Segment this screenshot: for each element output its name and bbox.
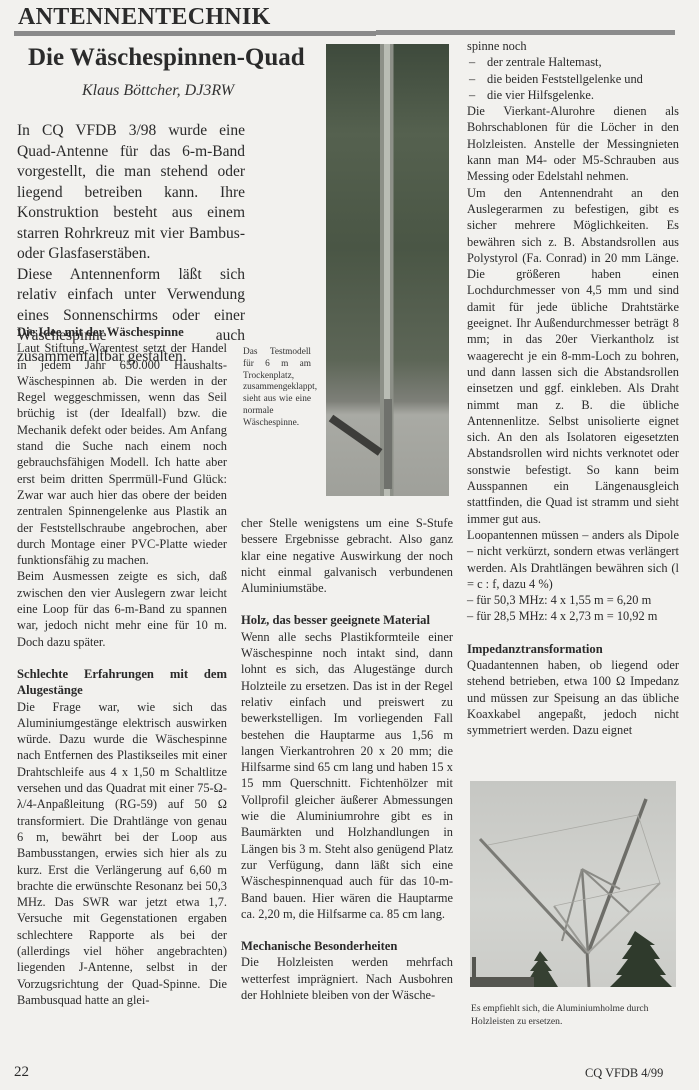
- section-title: ANTENNENTECHNIK: [18, 4, 271, 31]
- paragraph: Die Vierkant-Alurohre dienen als Bohrsch…: [467, 103, 679, 184]
- paragraph: Beim Ausmessen zeigte es sich, daß zwisc…: [17, 568, 227, 649]
- column-right: spinne noch der zentrale Haltemast, die …: [467, 38, 679, 738]
- photo-quad-opened: [470, 781, 676, 987]
- paragraph: Die Frage war, wie sich das Aluminiumges…: [17, 699, 227, 1009]
- paragraph: Loopantennen müssen – anders als Dipole …: [467, 527, 679, 592]
- paragraph: Die Holzleisten werden mehrfach wetterfe…: [241, 954, 453, 1003]
- section-rule-right: [376, 30, 675, 35]
- paragraph: spinne noch: [467, 38, 679, 54]
- section-rule: [14, 31, 376, 36]
- photo-caption: Das Testmodell für 6 m am Trockenplatz, …: [243, 347, 311, 430]
- column-left: Die Idee mit der Wäschespinne Laut Stift…: [17, 324, 227, 1008]
- list-item: die vier Hilfsgelenke.: [467, 87, 679, 103]
- photo-mast: [384, 399, 392, 489]
- paragraph: Um den Antennendraht an den Auslegerarme…: [467, 185, 679, 527]
- subheading-mechanik: Mechanische Besonderheiten: [241, 938, 453, 954]
- paragraph: Quadantennen haben, ob liegend oder steh…: [467, 657, 679, 738]
- paragraph: Laut Stiftung Warentest setzt der Handel…: [17, 340, 227, 568]
- wire-length-50mhz: – für 50,3 MHz: 4 x 1,55 m = 6,20 m: [467, 592, 679, 608]
- subheading-idee: Die Idee mit der Wäschespinne: [17, 324, 227, 340]
- quad-antenna-illustration: [470, 781, 676, 987]
- list-item: der zentrale Haltemast,: [467, 54, 679, 70]
- column-middle: cher Stelle wenigstens um eine S-Stufe b…: [241, 515, 453, 1003]
- photo-shadow: [329, 415, 383, 456]
- parts-list: der zentrale Haltemast, die beiden Fests…: [467, 54, 679, 103]
- article-title: Die Wäschespinnen-Quad: [28, 44, 305, 72]
- list-item: die beiden Feststellgelenke und: [467, 71, 679, 87]
- paragraph: Wenn alle sechs Plastikformteile einer W…: [241, 629, 453, 922]
- paragraph: cher Stelle wenigstens um eine S-Stufe b…: [241, 515, 453, 596]
- photo-testmodell: [326, 44, 449, 496]
- lead-paragraph: In CQ VFDB 3/98 wurde eine Quad-Antenne …: [17, 121, 245, 265]
- photo-caption: Es empfiehlt sich, die Aluminiumholme du…: [471, 1003, 681, 1028]
- article-author: Klaus Böttcher, DJ3RW: [82, 82, 234, 100]
- subheading-holz: Holz, das besser geeignete Material: [241, 612, 453, 628]
- issue-label: CQ VFDB 4/99: [585, 1066, 663, 1081]
- wire-length-28mhz: – für 28,5 MHz: 4 x 2,73 m = 10,92 m: [467, 608, 679, 624]
- subheading-schlecht: Schlechte Erfahrungen mit dem Alugestäng…: [17, 666, 227, 699]
- subheading-impedanz: Impedanztransformation: [467, 641, 679, 657]
- page-number: 22: [14, 1064, 29, 1081]
